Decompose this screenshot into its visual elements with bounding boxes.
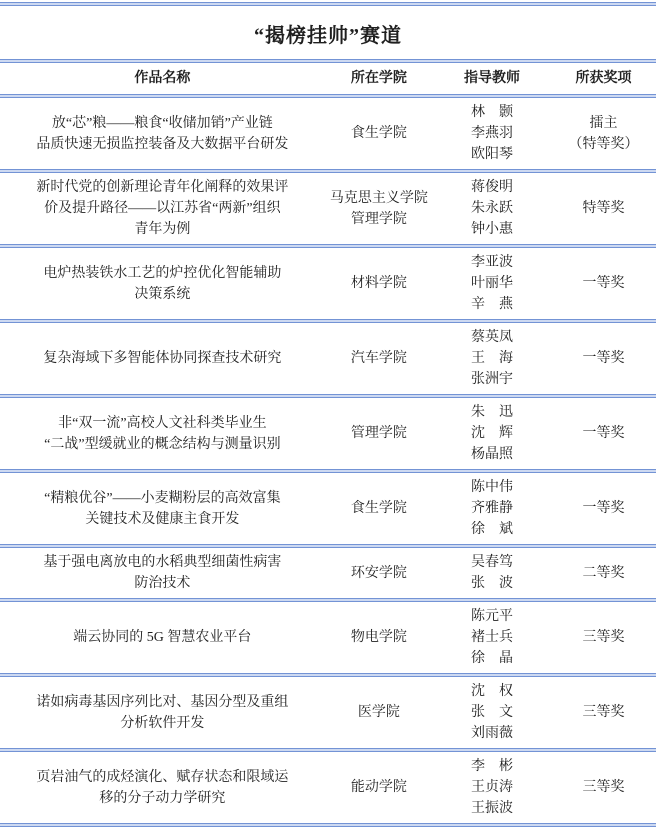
- column-header-college: 所在学院: [325, 68, 433, 89]
- cell-college: 能动学院: [325, 777, 433, 798]
- column-header-award: 所获奖项: [551, 68, 656, 89]
- table-row: 诺如病毒基因序列比对、基因分型及重组 分析软件开发 医学院 沈 权 张 文 刘雨…: [0, 677, 656, 748]
- document-page: “揭榜挂帅”赛道 作品名称 所在学院 指导教师 所获奖项 放“芯”粮——粮食“收…: [0, 0, 656, 827]
- cell-work-name: 基于强电离放电的水稻典型细菌性病害 防治技术: [0, 552, 325, 594]
- table-row: 页岩油气的成烃演化、赋存状态和限域运 移的分子动力学研究 能动学院 李 彬 王贞…: [0, 752, 656, 823]
- cell-work-name: 复杂海域下多智能体协同探查技术研究: [0, 348, 325, 369]
- cell-award: 特等奖: [551, 198, 656, 219]
- cell-award: 二等奖: [551, 563, 656, 584]
- cell-work-name: 页岩油气的成烃演化、赋存状态和限域运 移的分子动力学研究: [0, 767, 325, 809]
- cell-teachers: 陈元平 褚士兵 徐 晶: [433, 606, 551, 669]
- cell-teachers: 沈 权 张 文 刘雨薇: [433, 681, 551, 744]
- cell-award: 一等奖: [551, 498, 656, 519]
- cell-work-name: 端云协同的 5G 智慧农业平台: [0, 627, 325, 648]
- cell-college: 食生学院: [325, 498, 433, 519]
- cell-college: 马克思主义学院 管理学院: [325, 188, 433, 230]
- cell-college: 材料学院: [325, 273, 433, 294]
- cell-award: 三等奖: [551, 777, 656, 798]
- cell-work-name: 电炉热装铁水工艺的炉控优化智能辅助 决策系统: [0, 263, 325, 305]
- cell-college: 物电学院: [325, 627, 433, 648]
- cell-work-name: “精粮优谷”——小麦糊粉层的高效富集 关键技术及健康主食开发: [0, 488, 325, 530]
- table-row: 端云协同的 5G 智慧农业平台 物电学院 陈元平 褚士兵 徐 晶 三等奖: [0, 602, 656, 673]
- cell-work-name: 诺如病毒基因序列比对、基因分型及重组 分析软件开发: [0, 692, 325, 734]
- table-row: 电炉热装铁水工艺的炉控优化智能辅助 决策系统 材料学院 李亚波 叶丽华 辛 燕 …: [0, 248, 656, 319]
- cell-teachers: 朱 迅 沈 辉 杨晶照: [433, 402, 551, 465]
- cell-teachers: 蔡英凤 王 海 张洲宇: [433, 327, 551, 390]
- cell-teachers: 李 彬 王贞涛 王振波: [433, 756, 551, 819]
- page-title: “揭榜挂帅”赛道: [0, 6, 656, 59]
- column-header-work-name: 作品名称: [0, 68, 325, 89]
- table-row: 非“双一流”高校人文社科类毕业生 “二战”型缓就业的概念结构与测量识别 管理学院…: [0, 398, 656, 469]
- cell-award: 三等奖: [551, 702, 656, 723]
- cell-award: 擂主 （特等奖）: [551, 113, 656, 155]
- cell-college: 管理学院: [325, 423, 433, 444]
- cell-teachers: 林 颢 李燕羽 欧阳琴: [433, 102, 551, 165]
- cell-college: 环安学院: [325, 563, 433, 584]
- column-header-teachers: 指导教师: [433, 68, 551, 89]
- cell-award: 一等奖: [551, 423, 656, 444]
- row-border-line: [0, 823, 656, 827]
- cell-teachers: 蒋俊明 朱永跃 钟小惠: [433, 177, 551, 240]
- cell-work-name: 放“芯”粮——粮食“收储加销”产业链 品质快速无损监控装备及大数据平台研发: [0, 113, 325, 155]
- table-row: 放“芯”粮——粮食“收储加销”产业链 品质快速无损监控装备及大数据平台研发 食生…: [0, 98, 656, 169]
- cell-teachers: 李亚波 叶丽华 辛 燕: [433, 252, 551, 315]
- table-row: 新时代党的创新理论青年化阐释的效果评 价及提升路径——以江苏省“两新”组织 青年…: [0, 173, 656, 244]
- cell-teachers: 陈中伟 齐雅静 徐 斌: [433, 477, 551, 540]
- cell-award: 一等奖: [551, 273, 656, 294]
- cell-award: 三等奖: [551, 627, 656, 648]
- cell-work-name: 非“双一流”高校人文社科类毕业生 “二战”型缓就业的概念结构与测量识别: [0, 413, 325, 455]
- cell-college: 医学院: [325, 702, 433, 723]
- table-header-row: 作品名称 所在学院 指导教师 所获奖项: [0, 63, 656, 94]
- cell-college: 食生学院: [325, 123, 433, 144]
- cell-award: 一等奖: [551, 348, 656, 369]
- cell-college: 汽车学院: [325, 348, 433, 369]
- cell-teachers: 吴春笃 张 波: [433, 552, 551, 594]
- table-row: 基于强电离放电的水稻典型细菌性病害 防治技术 环安学院 吴春笃 张 波 二等奖: [0, 548, 656, 598]
- table-row: “精粮优谷”——小麦糊粉层的高效富集 关键技术及健康主食开发 食生学院 陈中伟 …: [0, 473, 656, 544]
- table-body: 放“芯”粮——粮食“收储加销”产业链 品质快速无损监控装备及大数据平台研发 食生…: [0, 98, 656, 827]
- cell-work-name: 新时代党的创新理论青年化阐释的效果评 价及提升路径——以江苏省“两新”组织 青年…: [0, 177, 325, 240]
- table-row: 复杂海域下多智能体协同探查技术研究 汽车学院 蔡英凤 王 海 张洲宇 一等奖: [0, 323, 656, 394]
